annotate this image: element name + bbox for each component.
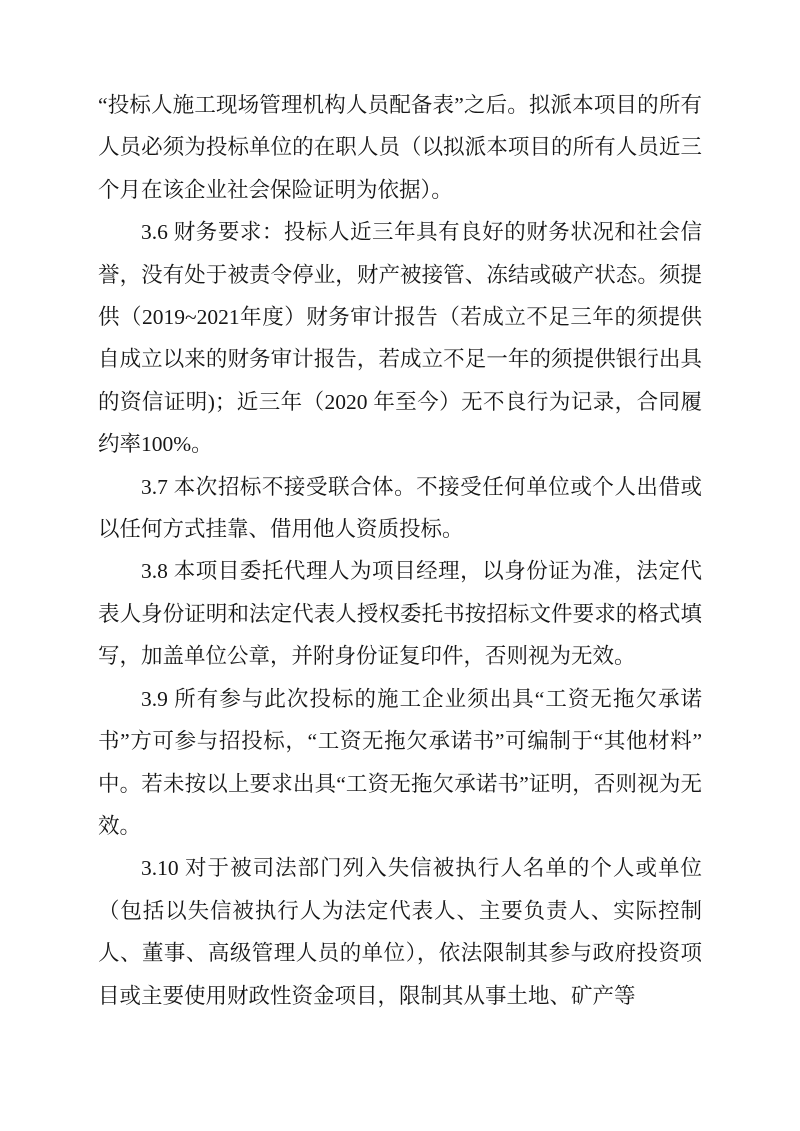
document-page: “投标人施工现场管理机构人员配备表”之后。拟派本项目的所有人员必须为投标单位的在… [0, 0, 800, 1131]
paragraph-clause-3-7: 3.7 本次招标不接受联合体。不接受任何单位或个人出借或以任何方式挂靠、借用他人… [98, 466, 702, 551]
paragraph-continuation: “投标人施工现场管理机构人员配备表”之后。拟派本项目的所有人员必须为投标单位的在… [98, 84, 702, 211]
document-text-block: “投标人施工现场管理机构人员配备表”之后。拟派本项目的所有人员必须为投标单位的在… [98, 84, 702, 1017]
paragraph-clause-3-8: 3.8 本项目委托代理人为项目经理，以身份证为准，法定代表人身份证明和法定代表人… [98, 550, 702, 677]
paragraph-clause-3-10: 3.10 对于被司法部门列入失信被执行人名单的个人或单位（包括以失信被执行人为法… [98, 847, 702, 1017]
paragraph-clause-3-6: 3.6 财务要求：投标人近三年具有良好的财务状况和社会信誉，没有处于被责令停业，… [98, 211, 702, 465]
paragraph-clause-3-9: 3.9 所有参与此次投标的施工企业须出具“工资无拖欠承诺书”方可参与招投标，“工… [98, 678, 702, 848]
